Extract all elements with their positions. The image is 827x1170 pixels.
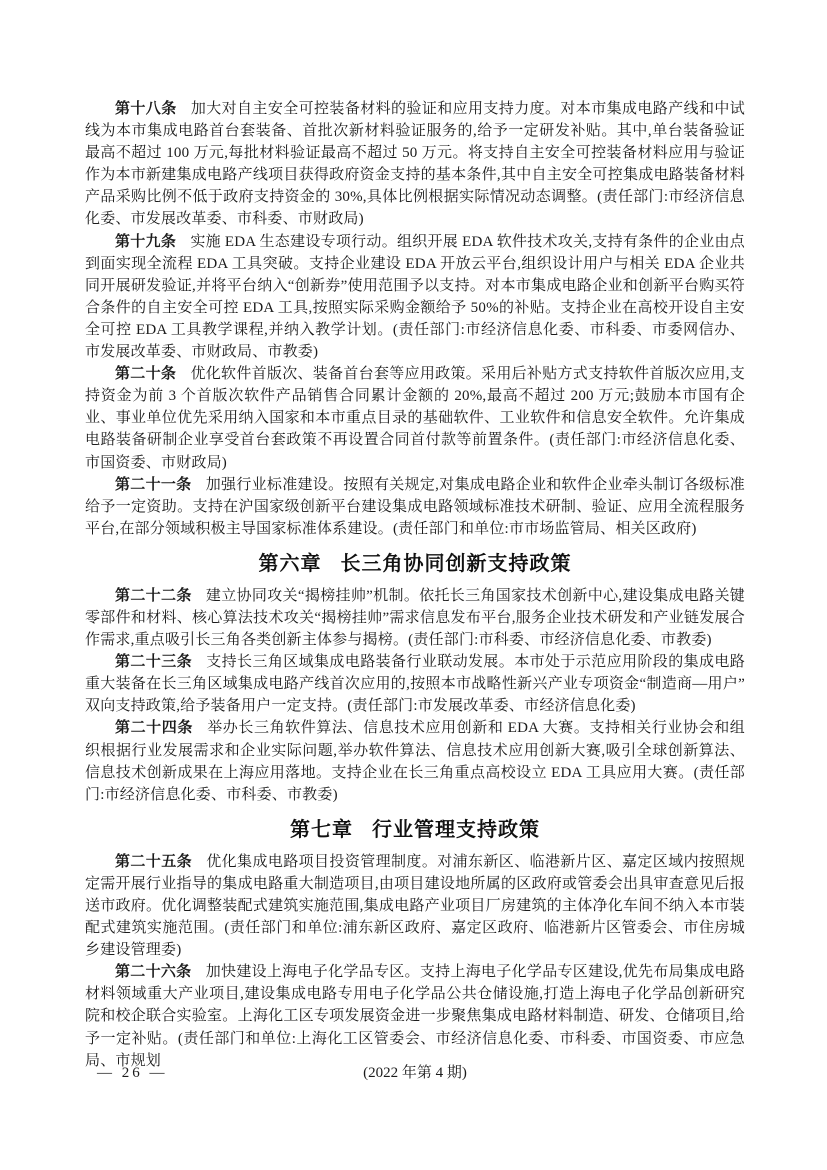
journal-issue-label: (2022 年第 4 期) xyxy=(363,1062,467,1084)
article-23-number: 第二十三条 xyxy=(115,654,192,670)
document-body: 第十八条加大对自主安全可控装备材料的验证和应用支持力度。对本市集成电路产线和中试… xyxy=(85,98,745,1072)
article-21: 第二十一条加强行业标准建设。按照有关规定,对集成电路企业和软件企业牵头制订各级标… xyxy=(85,474,745,540)
page-number: — 26 — xyxy=(97,1062,168,1084)
article-25-number: 第二十五条 xyxy=(115,854,192,870)
chapter-7-number: 第七章 xyxy=(290,817,353,841)
article-18-text: 加大对自主安全可控装备材料的验证和应用支持力度。对本市集成电路产线和中试线为本市… xyxy=(85,101,745,227)
document-page: 第十八条加大对自主安全可控装备材料的验证和应用支持力度。对本市集成电路产线和中试… xyxy=(0,0,827,1170)
article-26: 第二十六条加快建设上海电子化学品专区。支持上海电子化学品专区建设,优先布局集成电… xyxy=(85,961,745,1071)
article-19: 第十九条实施 EDA 生态建设专项行动。组织开展 EDA 软件技术攻关,支持有条… xyxy=(85,231,745,364)
article-19-text: 实施 EDA 生态建设专项行动。组织开展 EDA 软件技术攻关,支持有条件的企业… xyxy=(85,234,745,360)
article-20: 第二十条优化软件首版次、装备首台套等应用政策。采用后补贴方式支持软件首版次应用,… xyxy=(85,363,745,473)
article-24: 第二十四条举办长三角软件算法、信息技术应用创新和 EDA 大赛。支持相关行业协会… xyxy=(85,717,745,805)
page-footer: — 26 — (2022 年第 4 期) xyxy=(85,1062,745,1086)
article-25: 第二十五条优化集成电路项目投资管理制度。对浦东新区、临港新片区、嘉定区域内按照规… xyxy=(85,851,745,961)
article-18: 第十八条加大对自主安全可控装备材料的验证和应用支持力度。对本市集成电路产线和中试… xyxy=(85,98,745,231)
article-19-number: 第十九条 xyxy=(115,234,176,250)
article-22: 第二十二条建立协同攻关“揭榜挂帅”机制。依托长三角国家技术创新中心,建设集成电路… xyxy=(85,585,745,651)
article-24-number: 第二十四条 xyxy=(115,720,193,736)
chapter-6-heading: 第六章长三角协同创新支持政策 xyxy=(85,550,745,576)
chapter-7-heading: 第七章行业管理支持政策 xyxy=(85,816,745,842)
article-18-number: 第十八条 xyxy=(115,101,177,117)
chapter-6-title: 长三角协同创新支持政策 xyxy=(341,551,572,575)
article-20-number: 第二十条 xyxy=(115,366,176,382)
article-22-number: 第二十二条 xyxy=(115,588,192,604)
article-20-text: 优化软件首版次、装备首台套等应用政策。采用后补贴方式支持软件首版次应用,支持资金… xyxy=(85,366,745,470)
article-23: 第二十三条支持长三角区域集成电路装备行业联动发展。本市处于示范应用阶段的集成电路… xyxy=(85,651,745,717)
chapter-7-title: 行业管理支持政策 xyxy=(372,817,540,841)
article-26-number: 第二十六条 xyxy=(115,964,191,980)
article-21-number: 第二十一条 xyxy=(115,477,191,493)
chapter-6-number: 第六章 xyxy=(259,551,322,575)
